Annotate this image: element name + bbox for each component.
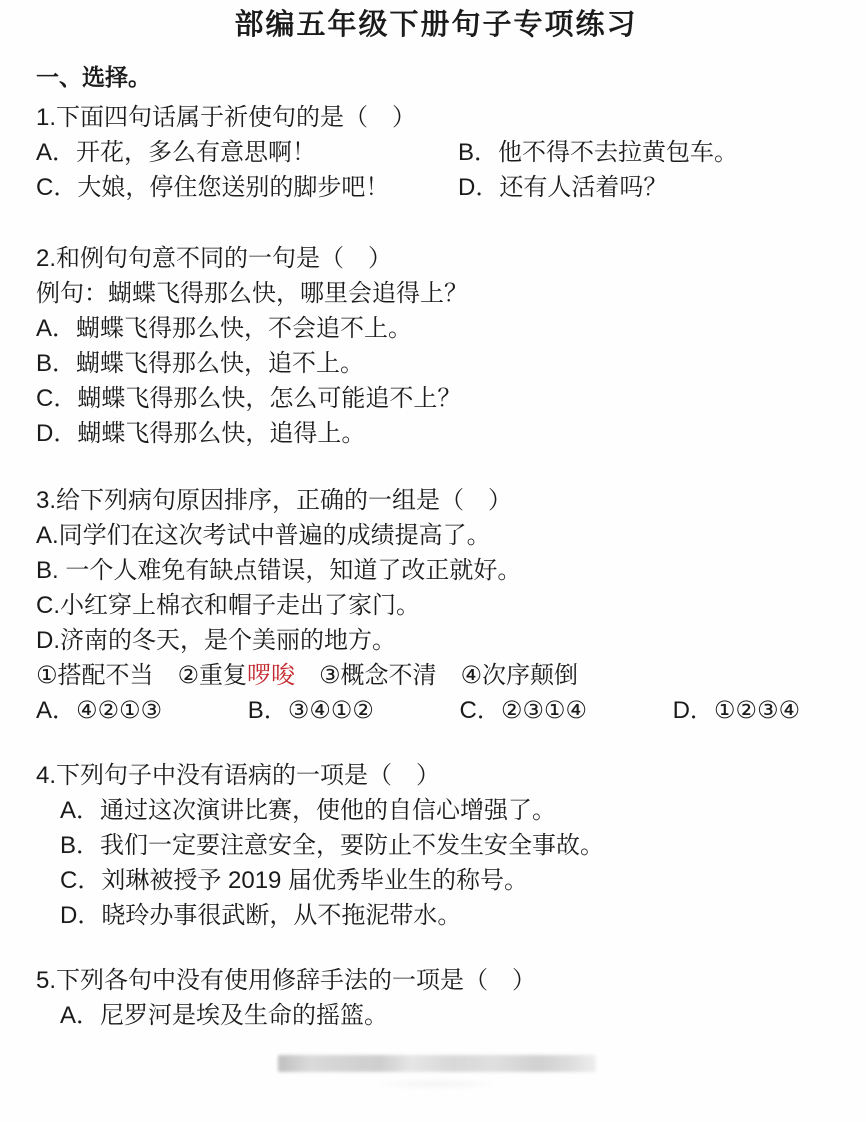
question-5: 5.下列各句中没有使用修辞手法的一项是（ ） A．尼罗河是埃及生命的摇篮。 (36, 963, 836, 1033)
question-3-answer-d: D．①②③④ (673, 693, 800, 728)
question-1-option-a: A．开花，多么有意思啊！ (36, 135, 458, 170)
question-5-stem: 5.下列各句中没有使用修辞手法的一项是（ ） (36, 963, 836, 998)
question-4-option-a: A．通过这次演讲比赛，使他的自信心增强了。 (36, 793, 836, 828)
question-1-option-c: C．大娘，停住您送别的脚步吧！ (36, 170, 458, 205)
question-2-option-b: B．蝴蝶飞得那么快，追不上。 (36, 346, 836, 381)
question-3-answer-c: C．②③①④ (460, 693, 587, 728)
question-4-stem: 4.下列句子中没有语病的一项是（ ） (36, 758, 836, 793)
worksheet-content: 部编五年级下册句子专项练习 一、选择。 1.下面四句话属于祈使句的是（ ） A．… (0, 0, 866, 1072)
question-1-stem: 1.下面四句话属于祈使句的是（ ） (36, 100, 836, 135)
question-3-option-d: D.济南的冬天，是个美丽的地方。 (36, 623, 836, 658)
question-1-option-d: D．还有人活着吗？ (458, 170, 667, 205)
question-2-stem: 2.和例句句意不同的一句是（ ） (36, 241, 836, 276)
question-4-option-d: D．晓玲办事很武断，从不拖泥带水。 (36, 898, 836, 933)
question-4-option-c: C．刘琳被授予 2019 届优秀毕业生的称号。 (36, 863, 836, 898)
question-3: 3.给下列病句原因排序，正确的一组是（ ） A.同学们在这次考试中普遍的成绩提高… (36, 483, 836, 728)
question-3-stem: 3.给下列病句原因排序，正确的一组是（ ） (36, 483, 836, 518)
question-4-option-b: B．我们一定要注意安全，要防止不发生安全事故。 (36, 828, 836, 863)
question-2-option-a: A．蝴蝶飞得那么快，不会追不上。 (36, 311, 836, 346)
causes-pre: ①搭配不当 ②重复 (36, 662, 247, 689)
question-3-answer-a: A．④②①③ (36, 693, 162, 728)
question-2-example: 例句：蝴蝶飞得那么快，哪里会追得上？ (36, 276, 836, 311)
question-5-option-a: A．尼罗河是埃及生命的摇篮。 (36, 998, 836, 1033)
question-3-option-c: C.小红穿上棉衣和帽子走出了家门。 (36, 588, 836, 623)
question-1-row-cd: C．大娘，停住您送别的脚步吧！ D．还有人活着吗？ (36, 170, 836, 205)
page-title: 部编五年级下册句子专项练习 (36, 6, 836, 44)
question-3-causes-line: ①搭配不当 ②重复啰唆 ③概念不清 ④次序颠倒 (36, 658, 836, 693)
question-2: 2.和例句句意不同的一句是（ ） 例句：蝴蝶飞得那么快，哪里会追得上？ A．蝴蝶… (36, 241, 836, 451)
question-3-option-b: B. 一个人难免有缺点错误，知道了改正就好。 (36, 553, 836, 588)
causes-post: ③概念不清 ④次序颠倒 (295, 662, 578, 689)
question-1: 1.下面四句话属于祈使句的是（ ） A．开花，多么有意思啊！ B．他不得不去拉黄… (36, 100, 836, 205)
question-4: 4.下列句子中没有语病的一项是（ ） A．通过这次演讲比赛，使他的自信心增强了。… (36, 758, 836, 933)
question-1-row-ab: A．开花，多么有意思啊！ B．他不得不去拉黄包车。 (36, 135, 836, 170)
watermark-blur (278, 1055, 596, 1072)
question-1-option-b: B．他不得不去拉黄包车。 (458, 135, 738, 170)
question-3-answer-b: B．③④①② (248, 693, 374, 728)
section-heading: 一、选择。 (36, 62, 836, 92)
question-3-option-a: A.同学们在这次考试中普遍的成绩提高了。 (36, 518, 836, 553)
worksheet-page: 部编五年级下册句子专项练习 一、选择。 1.下面四句话属于祈使句的是（ ） A．… (0, 0, 866, 1122)
question-3-answer-row: A．④②①③ B．③④①② C．②③①④ D．①②③④ (36, 693, 800, 728)
question-2-option-c: C．蝴蝶飞得那么快，怎么可能追不上？ (36, 381, 836, 416)
question-2-option-d: D．蝴蝶飞得那么快，追得上。 (36, 416, 836, 451)
causes-red-text: 啰唆 (247, 662, 295, 689)
